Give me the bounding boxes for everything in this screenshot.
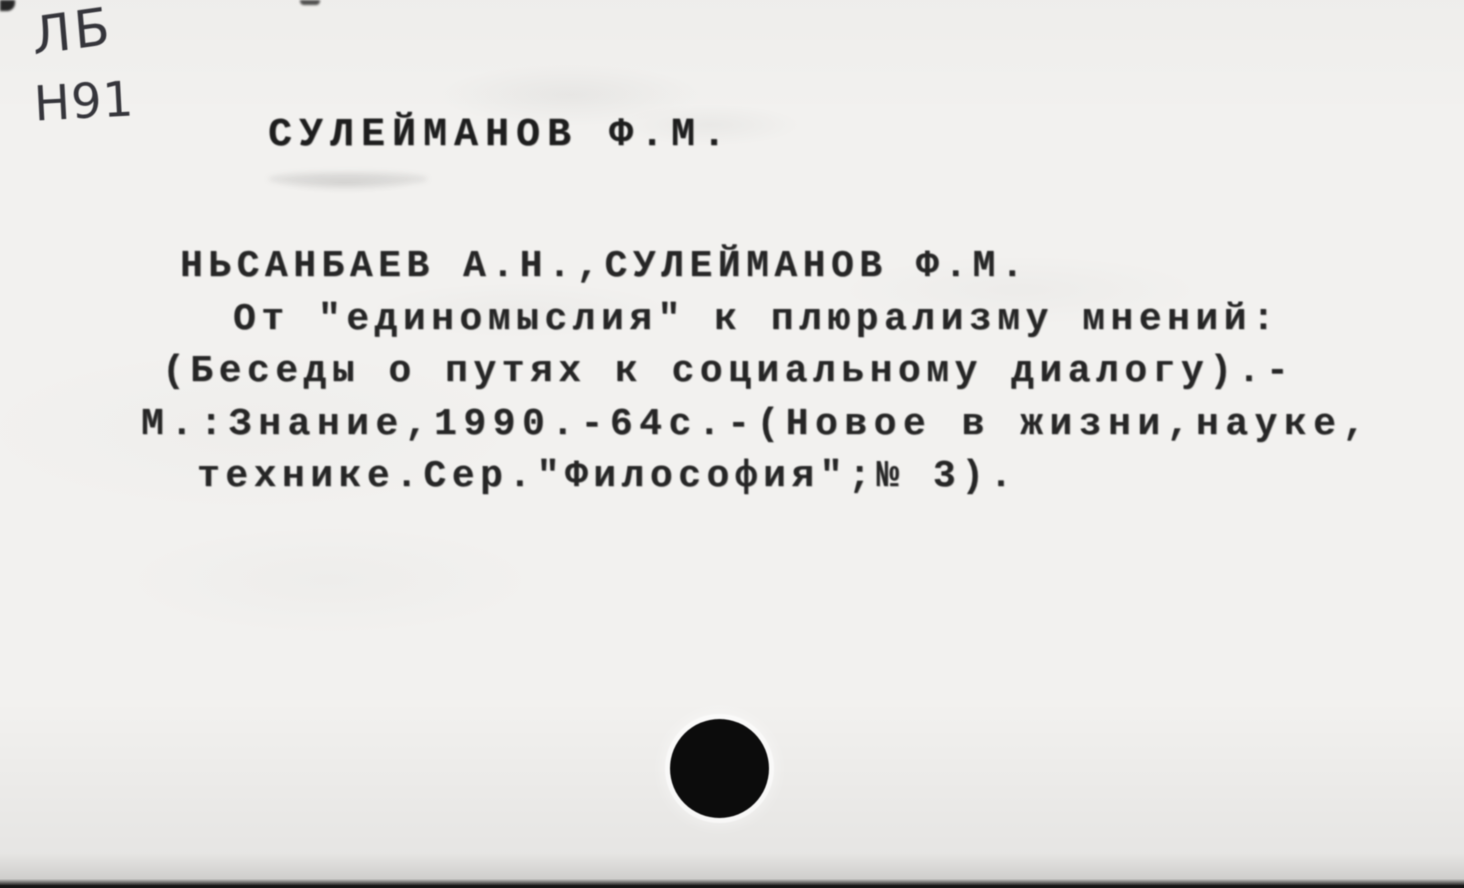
entry-line-title: От "единомыслия" к плюрализму мнений: — [233, 299, 1280, 341]
call-number-code: Н91 — [33, 75, 136, 128]
catalog-card: ЛБ Н91 СУЛЕЙМАНОВ Ф.М. НЬСАНБАЕВ А.Н.,СУ… — [0, 0, 1464, 888]
entry-line-imprint: М.:Знание,1990.-64с.-(Новое в жизни,наук… — [141, 404, 1372, 446]
entry-line-series: технике.Сер."Философия";№ 3). — [197, 456, 1018, 498]
entry-line-authors: НЬСАНБАЕВ А.Н.,СУЛЕЙМАНОВ Ф.М. — [180, 246, 1029, 288]
card-bottom-shadow — [0, 853, 1464, 879]
card-heading-author: СУЛЕЙМАНОВ Ф.М. — [268, 114, 733, 158]
scan-speck — [300, 0, 320, 5]
card-bottom-edge — [0, 879, 1464, 888]
entry-line-subtitle: (Беседы о путях к социальному диалогу).- — [162, 351, 1294, 393]
hole-punch-mark — [670, 719, 769, 818]
call-number-series: ЛБ — [30, 0, 115, 63]
ink-smudge — [268, 172, 428, 186]
